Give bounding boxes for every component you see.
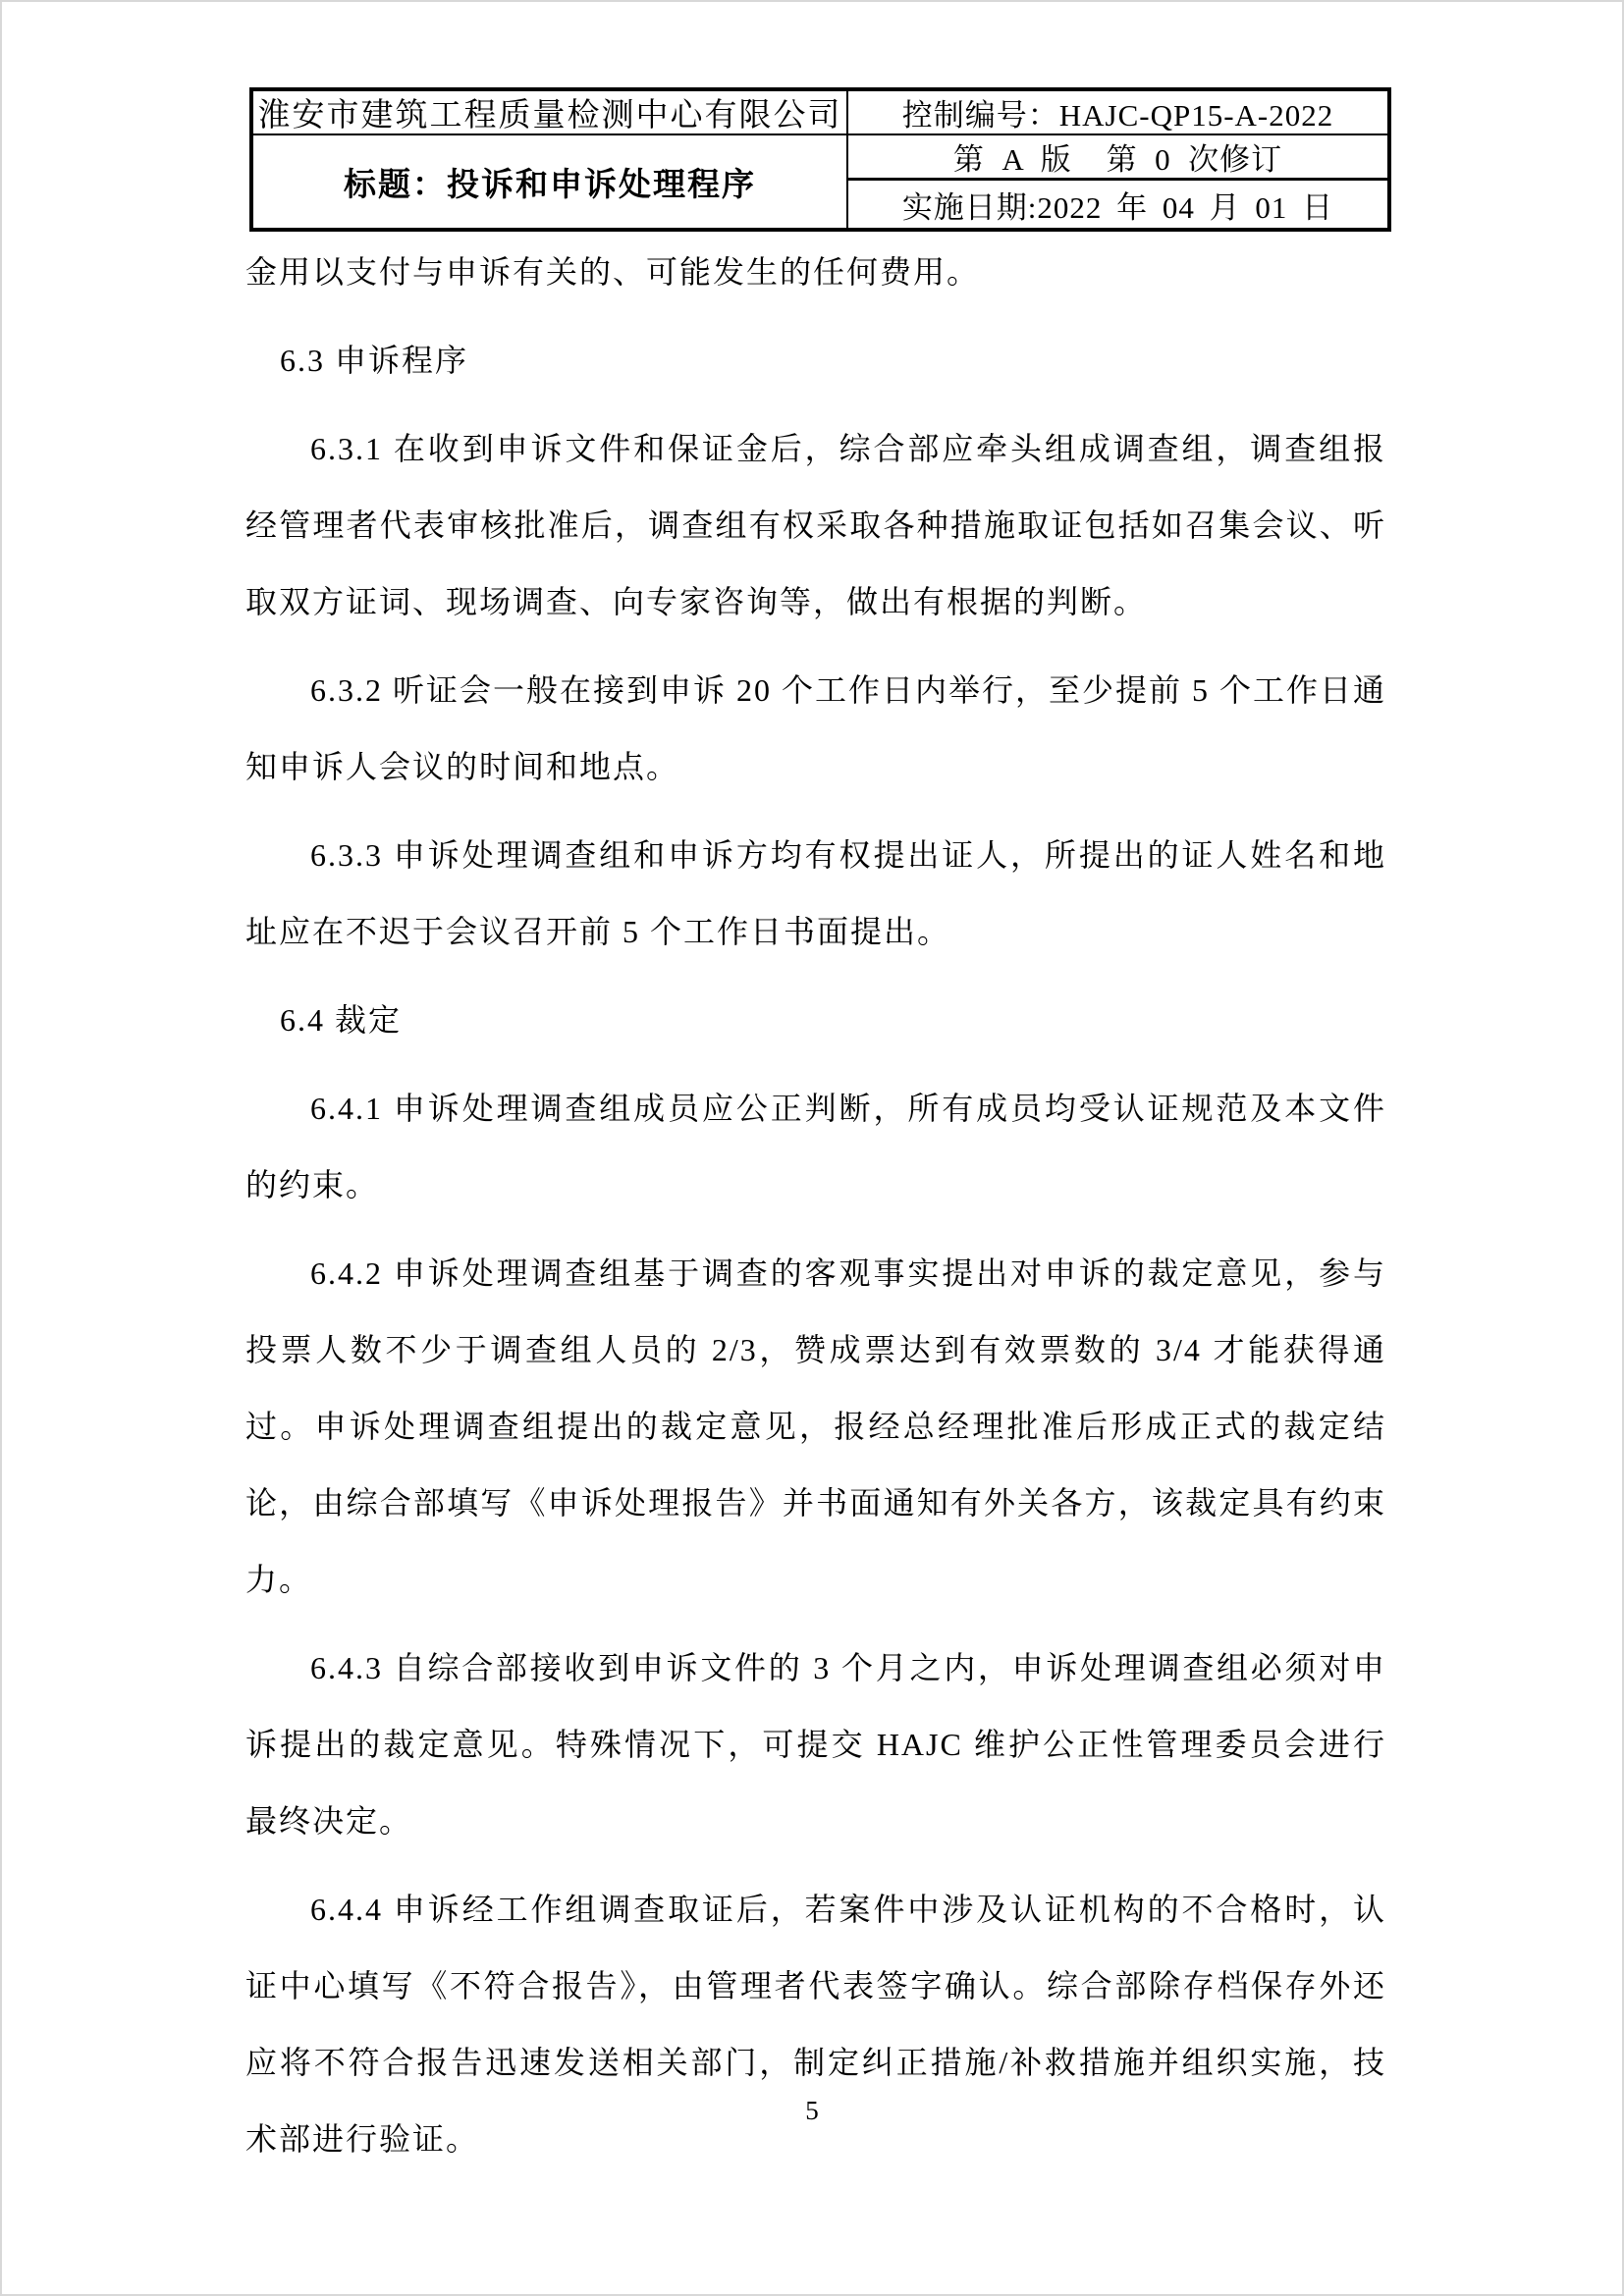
paragraph-6-4-2: 6.4.2 申诉处理调查组基于调查的客观事实提出对申诉的裁定意见，参与投票人数不…	[245, 1235, 1386, 1618]
document-body: 金用以支付与申诉有关的、可能发生的任何费用。 6.3 申诉程序 6.3.1 在收…	[245, 234, 1386, 2189]
paragraph-6-3-2: 6.3.2 听证会一般在接到申诉 20 个工作日内举行，至少提前 5 个工作日通…	[245, 652, 1386, 805]
document-page: 淮安市建筑工程质量检测中心有限公司 标题：投诉和申诉处理程序 控制编号：HAJC…	[0, 0, 1624, 2296]
company-name: 淮安市建筑工程质量检测中心有限公司	[253, 91, 848, 135]
paragraph-6-3-3: 6.3.3 申诉处理调查组和申诉方均有权提出证人，所提出的证人姓名和地址应在不迟…	[245, 817, 1386, 970]
paragraph-6-4-4: 6.4.4 申诉经工作组调查取证后，若案件中涉及认证机构的不合格时，认证中心填写…	[245, 1871, 1386, 2177]
implementation-date: 实施日期:2022 年 04 月 01 日	[848, 181, 1387, 228]
revision-info: 第 A 版 第 0 次修订	[848, 135, 1387, 181]
page-number: 5	[2, 2091, 1622, 2130]
paragraph-6-4-1: 6.4.1 申诉处理调查组成员应公正判断，所有成员均受认证规范及本文件的约束。	[245, 1070, 1386, 1223]
paragraph-6-3-1: 6.3.1 在收到申诉文件和保证金后，综合部应牵头组成调查组，调查组报经管理者代…	[245, 410, 1386, 640]
paragraph-continuation: 金用以支付与申诉有关的、可能发生的任何费用。	[245, 234, 1386, 310]
section-6-3-heading: 6.3 申诉程序	[245, 322, 1386, 399]
document-title: 标题：投诉和申诉处理程序	[253, 135, 848, 228]
control-number: 控制编号：HAJC-QP15-A-2022	[848, 91, 1387, 135]
document-header-table: 淮安市建筑工程质量检测中心有限公司 标题：投诉和申诉处理程序 控制编号：HAJC…	[249, 87, 1391, 232]
paragraph-6-4-3: 6.4.3 自综合部接收到申诉文件的 3 个月之内，申诉处理调查组必须对申诉提出…	[245, 1629, 1386, 1859]
section-6-4-heading: 6.4 裁定	[245, 982, 1386, 1058]
